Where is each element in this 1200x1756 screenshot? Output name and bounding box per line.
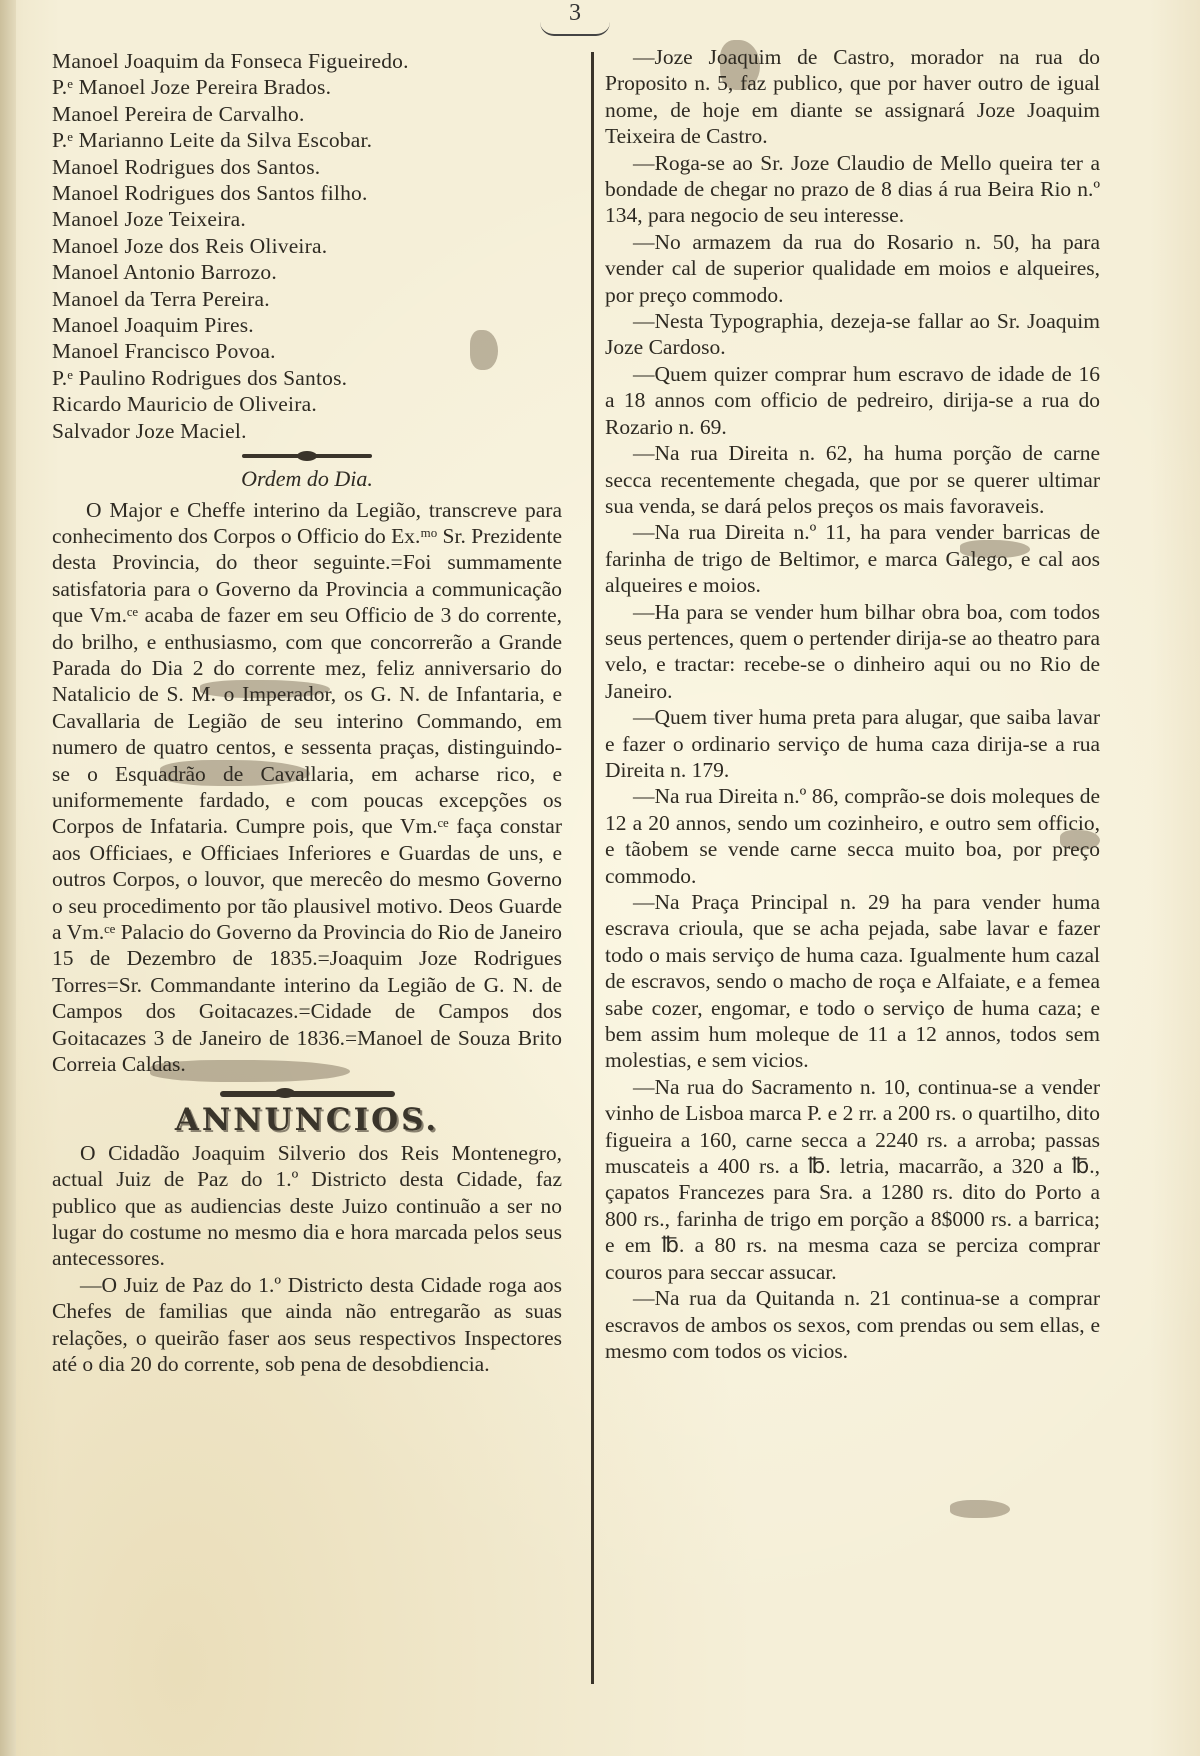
name-item: P.ᵉ Marianno Leite da Silva Escobar. [52, 127, 562, 153]
ink-stain [950, 1500, 1010, 1518]
name-item: P.ᵉ Paulino Rodrigues dos Santos. [52, 365, 562, 391]
name-item: Manoel Francisco Povoa. [52, 338, 562, 364]
name-item: Manoel da Terra Pereira. [52, 286, 562, 312]
name-item: Manoel Joze Teixeira. [52, 206, 562, 232]
name-item: Manoel Joaquim da Fonseca Figueiredo. [52, 48, 562, 74]
name-item: Manoel Joaquim Pires. [52, 312, 562, 338]
ordem-do-dia-text: O Major e Cheffe interino da Legião, tra… [52, 497, 562, 1078]
name-item: Ricardo Mauricio de Oliveira. [52, 391, 562, 417]
announcement: —Ha para se vender hum bilhar obra boa, … [605, 599, 1100, 705]
ornamental-rule [220, 1091, 395, 1097]
left-column: Manoel Joaquim da Fonseca Figueiredo. P.… [52, 48, 562, 1378]
announcement: O Cidadão Joaquim Silverio dos Reis Mont… [52, 1140, 562, 1272]
announcement: —Na rua da Quitanda n. 21 continua-se a … [605, 1285, 1100, 1364]
announcement: —Na Praça Principal n. 29 ha para vender… [605, 889, 1100, 1074]
name-item: Manoel Antonio Barrozo. [52, 259, 562, 285]
ornamental-rule [242, 454, 372, 458]
ordem-do-dia-heading: Ordem do Dia. [52, 466, 562, 492]
name-item: Manoel Rodrigues dos Santos. [52, 154, 562, 180]
announcement: —Roga-se ao Sr. Joze Claudio de Mello qu… [605, 150, 1100, 229]
page-number: 3 [540, 0, 610, 34]
name-item: Manoel Pereira de Carvalho. [52, 101, 562, 127]
announcement: —Nesta Typographia, dezeja-se fallar ao … [605, 308, 1100, 361]
announcement: —Quem quizer comprar hum escravo de idad… [605, 361, 1100, 440]
column-divider [591, 52, 594, 1684]
names-list: Manoel Joaquim da Fonseca Figueiredo. P.… [52, 48, 562, 444]
announcement: —O Juiz de Paz do 1.º Districto desta Ci… [52, 1272, 562, 1378]
announcement: —Na rua do Sacramento n. 10, continua-se… [605, 1074, 1100, 1285]
announcement: —Na rua Direita n.º 86, comprão-se dois … [605, 783, 1100, 889]
page-number-brace [540, 22, 610, 36]
announcement: —Na rua Direita n. 62, ha huma porção de… [605, 440, 1100, 519]
name-item: Manoel Rodrigues dos Santos filho. [52, 180, 562, 206]
annuncios-heading: ANNUNCIOS. [52, 1107, 562, 1133]
name-item: P.ᵉ Manoel Joze Pereira Brados. [52, 74, 562, 100]
name-item: Salvador Joze Maciel. [52, 418, 562, 444]
announcement: —Na rua Direita n.º 11, ha para vender b… [605, 519, 1100, 598]
announcement: —Quem tiver huma preta para alugar, que … [605, 704, 1100, 783]
name-item: Manoel Joze dos Reis Oliveira. [52, 233, 562, 259]
announcement: —No armazem da rua do Rosario n. 50, ha … [605, 229, 1100, 308]
announcement: —Joze Joaquim de Castro, morador na rua … [605, 44, 1100, 150]
page-binding-edge [0, 0, 16, 1756]
right-column: —Joze Joaquim de Castro, morador na rua … [605, 44, 1100, 1364]
